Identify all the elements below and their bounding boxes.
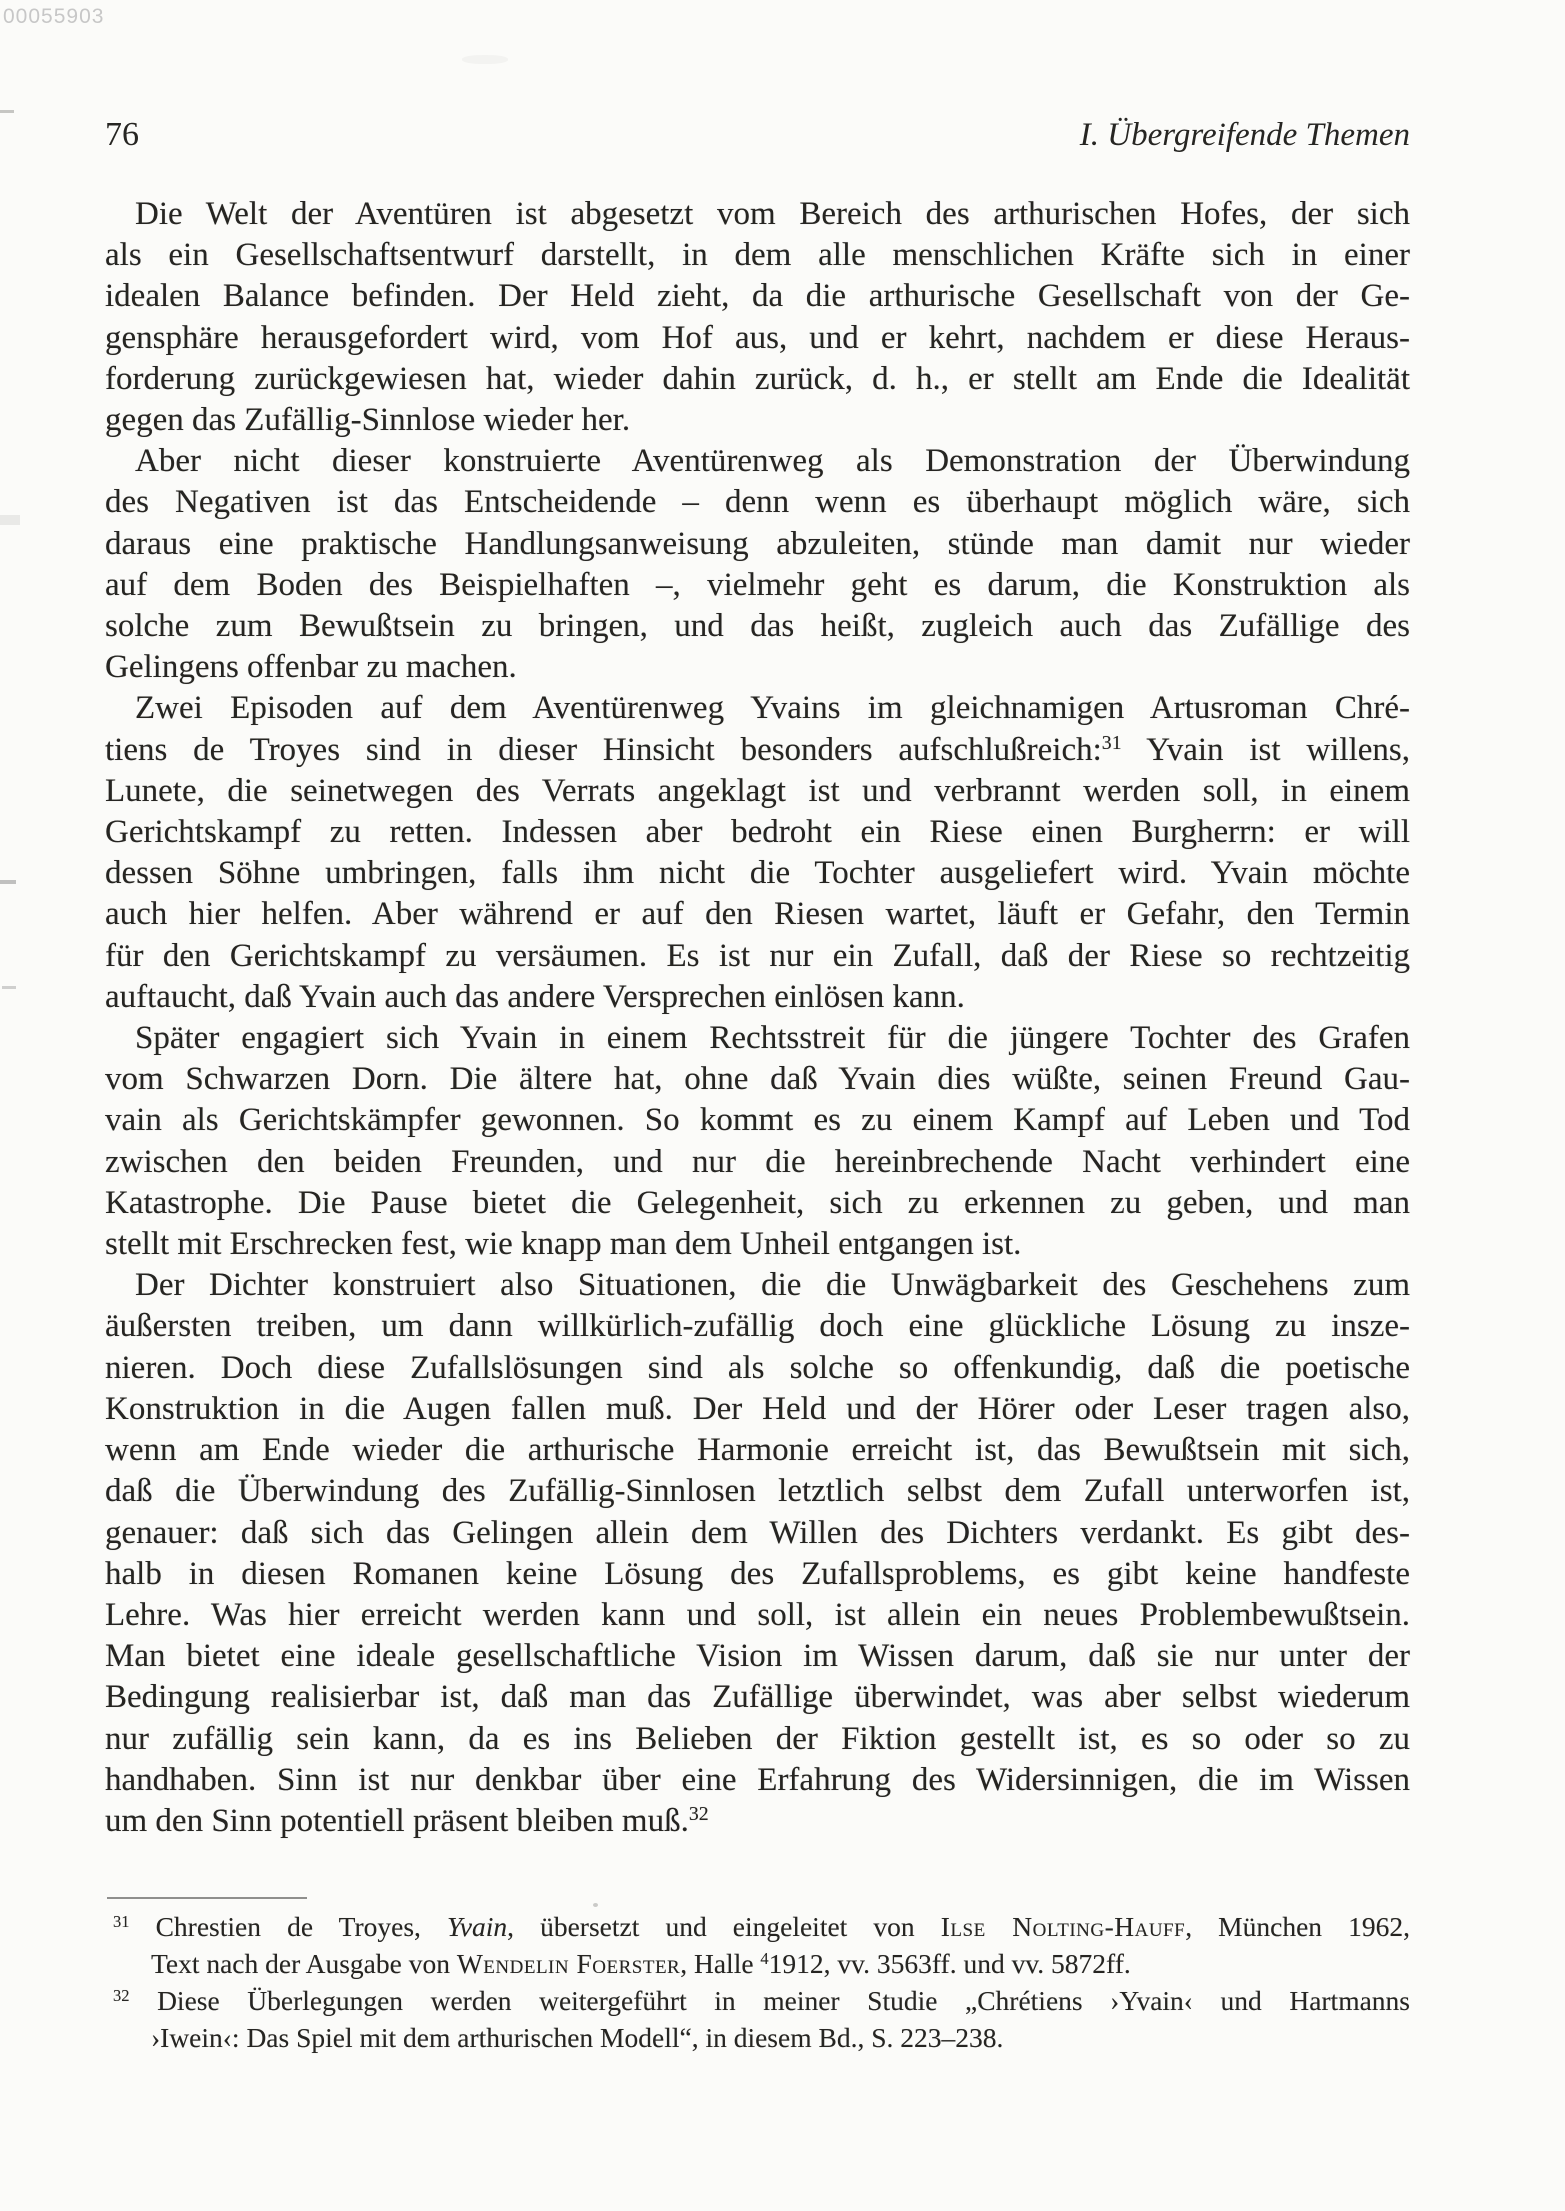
footnote-marker: 32: [113, 1986, 130, 2005]
text-segment: Text nach der Ausgabe von: [151, 1948, 457, 1979]
text-line: tiens de Troyes sind in dieser Hinsicht …: [105, 730, 1410, 771]
text-segment: Yvain ist willens,: [1122, 732, 1410, 768]
text-line: Gerichtskampf zu retten. Indessen aber b…: [105, 812, 1410, 853]
page-number: 76: [105, 114, 139, 156]
footnote-marker: 32: [689, 1803, 709, 1825]
text-line: wenn am Ende wieder die arthurische Harm…: [105, 1430, 1410, 1471]
text-line: idealen Balance befinden. Der Held zieht…: [105, 276, 1410, 317]
text-line: forderung zurückgewiesen hat, wieder dah…: [105, 359, 1410, 400]
text-line: zwischen den beiden Freunden, und nur di…: [105, 1142, 1410, 1183]
text-line: stellt mit Erschrecken fest, wie knapp m…: [105, 1224, 1410, 1265]
text-line: genauer: daß sich das Gelingen allein de…: [105, 1513, 1410, 1554]
text-line: äußersten treiben, um dann willkürlich-z…: [105, 1306, 1410, 1347]
text-line: Aber nicht dieser konstruierte Aventüren…: [105, 441, 1410, 482]
text-segment: Diese Überlegungen werden weitergeführt …: [130, 1985, 1411, 2016]
text-line: Der Dichter konstruiert also Situationen…: [105, 1265, 1410, 1306]
text-segment: , München 1962,: [1185, 1911, 1410, 1942]
text-line: Lunete, die seinetwegen des Verrats ange…: [105, 771, 1410, 812]
footnote-32: 32 Diese Überlegungen werden weitergefüh…: [105, 1982, 1410, 2056]
text-segment: 1912, vv. 3563ff. und vv. 5872ff.: [769, 1948, 1131, 1979]
text-segment: , Halle: [680, 1948, 760, 1979]
paragraph: Aber nicht dieser konstruierte Aventüren…: [105, 441, 1410, 688]
text-segment: um den Sinn potentiell präsent bleiben m…: [105, 1803, 689, 1839]
text-segment: , übersetzt und eingeleitet von: [507, 1911, 941, 1942]
text-segment: Chrestien de Troyes,: [130, 1911, 448, 1942]
scan-artifact: [0, 515, 20, 525]
text-line: handhaben. Sinn ist nur denkbar über ein…: [105, 1760, 1410, 1801]
paragraph: Zwei Episoden auf dem Aventürenweg Yvain…: [105, 688, 1410, 1018]
scan-artifact: [462, 55, 508, 64]
scan-artifact: [0, 110, 14, 113]
text-line: gensphäre herausgefordert wird, vom Hof …: [105, 318, 1410, 359]
footnote-31: 31 Chrestien de Troyes, Yvain, übersetzt…: [105, 1908, 1410, 1982]
scan-artifact: [0, 880, 16, 884]
text-line: Lehre. Was hier erreicht werden kann und…: [105, 1595, 1410, 1636]
text-line: halb in diesen Romanen keine Lösung des …: [105, 1554, 1410, 1595]
text-segment: Ilse Nolting-Hauff: [941, 1911, 1185, 1942]
text-segment: tiens de Troyes sind in dieser Hinsicht …: [105, 732, 1102, 768]
text-line: Gelingens offenbar zu machen.: [105, 647, 1410, 688]
text-line: Später engagiert sich Yvain in einem Rec…: [105, 1018, 1410, 1059]
text-line: vain als Gerichtskämpfer gewonnen. So ko…: [105, 1100, 1410, 1141]
footnote-line: 31 Chrestien de Troyes, Yvain, übersetzt…: [105, 1908, 1410, 1945]
footnote-marker: 4: [760, 1949, 768, 1968]
page-header: 76 I. Übergreifende Themen: [105, 114, 1410, 160]
text-line: auf dem Boden des Beispielhaften –, viel…: [105, 565, 1410, 606]
text-segment: Wendelin Foerster: [457, 1948, 680, 1979]
text-line: um den Sinn potentiell präsent bleiben m…: [105, 1801, 1410, 1842]
footnote-marker: 31: [113, 1912, 130, 1931]
text-segment: Yvain: [447, 1911, 507, 1942]
text-line: auftaucht, daß Yvain auch das andere Ver…: [105, 977, 1410, 1018]
scanned-book-page: { "scan": { "watermark": "00055903" }, "…: [0, 0, 1565, 2211]
scan-artifact: [593, 1903, 598, 1907]
text-line: Zwei Episoden auf dem Aventürenweg Yvain…: [105, 688, 1410, 729]
text-line: nieren. Doch diese Zufallslösungen sind …: [105, 1348, 1410, 1389]
paragraph: Später engagiert sich Yvain in einem Rec…: [105, 1018, 1410, 1265]
footnote-line: Text nach der Ausgabe von Wendelin Foers…: [105, 1945, 1410, 1982]
text-line: auch hier helfen. Aber während er auf de…: [105, 894, 1410, 935]
text-line: Katastrophe. Die Pause bietet die Gelege…: [105, 1183, 1410, 1224]
paragraph: Der Dichter konstruiert also Situationen…: [105, 1265, 1410, 1842]
footnote-line: ›Iwein‹: Das Spiel mit dem arthurischen …: [105, 2019, 1410, 2056]
text-line: Bedingung realisierbar ist, daß man das …: [105, 1677, 1410, 1718]
footnote-marker: 31: [1102, 732, 1122, 754]
running-head: I. Übergreifende Themen: [1080, 114, 1410, 156]
footnote-separator-rule: [107, 1897, 307, 1899]
text-line: Die Welt der Aventüren ist abgesetzt vom…: [105, 194, 1410, 235]
text-line: daß die Überwindung des Zufällig-Sinnlos…: [105, 1471, 1410, 1512]
paragraph: Die Welt der Aventüren ist abgesetzt vom…: [105, 194, 1410, 441]
text-line: gegen das Zufällig-Sinnlose wieder her.: [105, 400, 1410, 441]
text-line: Man bietet eine ideale gesellschaftliche…: [105, 1636, 1410, 1677]
text-line: solche zum Bewußtsein zu bringen, und da…: [105, 606, 1410, 647]
text-line: vom Schwarzen Dorn. Die ältere hat, ohne…: [105, 1059, 1410, 1100]
text-line: Konstruktion in die Augen fallen muß. De…: [105, 1389, 1410, 1430]
text-line: für den Gerichtskampf zu versäumen. Es i…: [105, 936, 1410, 977]
text-line: daraus eine praktische Handlungsanweisun…: [105, 524, 1410, 565]
text-line: als ein Gesellschaftsentwurf darstellt, …: [105, 235, 1410, 276]
footnote-line: 32 Diese Überlegungen werden weitergefüh…: [105, 1982, 1410, 2019]
text-line: dessen Söhne umbringen, falls ihm nicht …: [105, 853, 1410, 894]
text-segment: ›Iwein‹: Das Spiel mit dem arthurischen …: [151, 2022, 1003, 2053]
scan-artifact: [2, 986, 16, 989]
text-line: nur zufällig sein kann, da es ins Belieb…: [105, 1719, 1410, 1760]
scan-id-watermark: 00055903: [3, 5, 104, 29]
text-line: des Negativen ist das Entscheidende – de…: [105, 482, 1410, 523]
body-text: Die Welt der Aventüren ist abgesetzt vom…: [105, 194, 1410, 1842]
footnotes: 31 Chrestien de Troyes, Yvain, übersetzt…: [105, 1908, 1410, 2056]
